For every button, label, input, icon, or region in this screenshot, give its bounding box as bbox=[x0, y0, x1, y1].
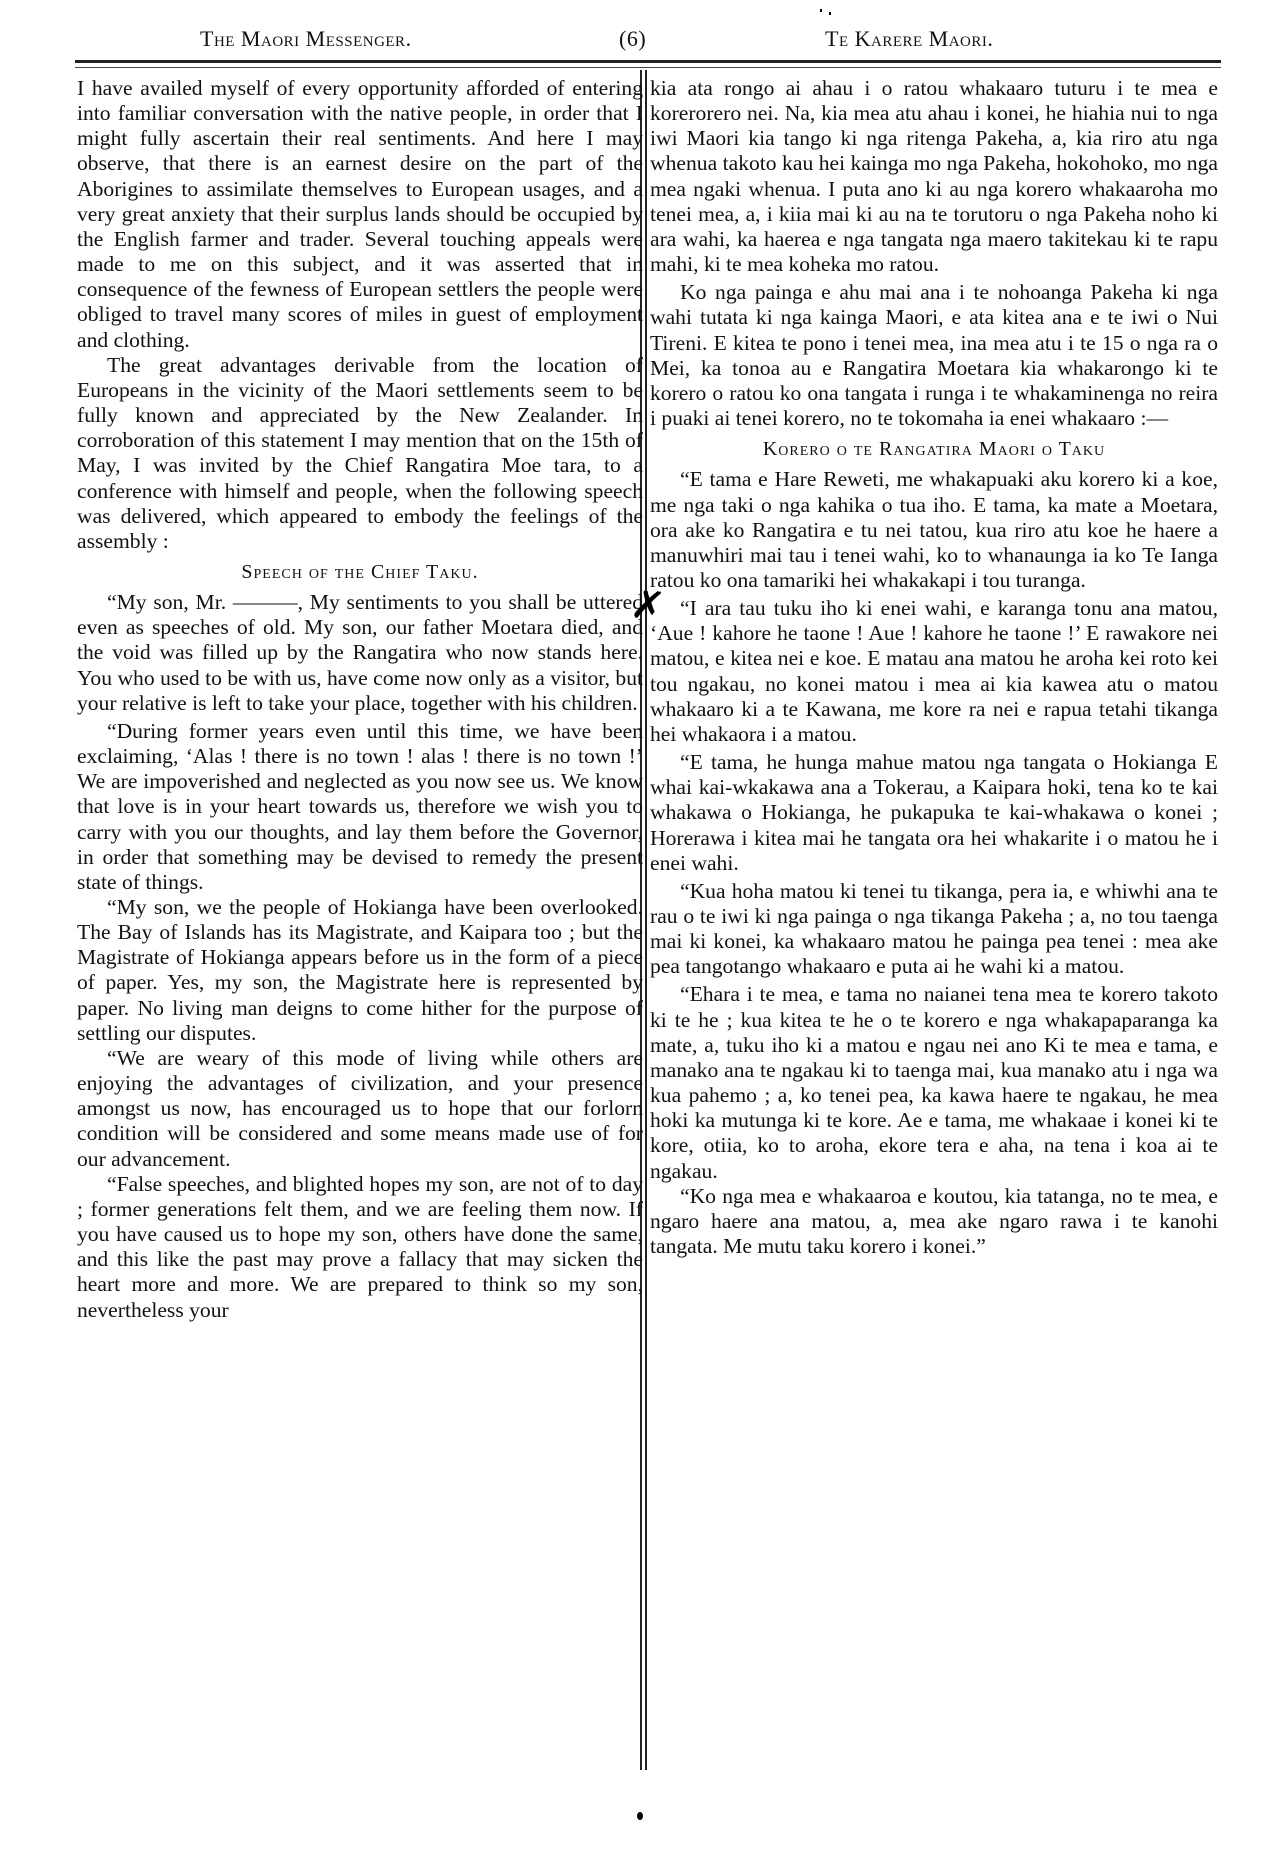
masthead: The Maori Messenger. (6) Te Karere Maori… bbox=[0, 26, 1280, 56]
english-speech-paragraph: “My son, Mr. ———, My sentiments to you s… bbox=[77, 590, 643, 716]
english-speech-paragraph: “We are weary of this mode of living whi… bbox=[77, 1046, 643, 1172]
page-number: (6) bbox=[619, 26, 646, 52]
maori-paragraph: kia ata rongo ai ahau i o ratou whakaaro… bbox=[650, 76, 1218, 277]
header-rule bbox=[75, 60, 1221, 63]
header-rule-secondary bbox=[75, 67, 1221, 68]
maori-speech-heading: Korero o te Rangatira Maori o Taku bbox=[650, 437, 1218, 462]
english-speech-paragraph: “False speeches, and blighted hopes my s… bbox=[77, 1172, 643, 1323]
column-divider-right bbox=[645, 70, 647, 1770]
footer-dot bbox=[637, 1812, 643, 1820]
print-speck bbox=[829, 12, 831, 15]
maori-speech-paragraph: “Kua hoha matou ki tenei tu tikanga, per… bbox=[650, 879, 1218, 980]
maori-speech-paragraph: “E tama e Hare Reweti, me whakapuaki aku… bbox=[650, 467, 1218, 593]
maori-speech-paragraph: “E tama, he hunga mahue matou nga tangat… bbox=[650, 750, 1218, 876]
english-column: I have availed myself of every opportuni… bbox=[77, 76, 643, 1323]
print-speck bbox=[820, 9, 822, 12]
masthead-english-title: The Maori Messenger. bbox=[200, 26, 412, 52]
maori-speech-paragraph: “I ara tau tuku iho ki enei wahi, e kara… bbox=[650, 596, 1218, 747]
english-paragraph: The great advantages derivable from the … bbox=[77, 353, 643, 554]
margin-x-mark-icon: ✗ bbox=[628, 581, 668, 631]
english-speech-paragraph: “During former years even until this tim… bbox=[77, 719, 643, 895]
maori-speech-paragraph: “Ehara i te mea, e tama no naianei tena … bbox=[650, 982, 1218, 1183]
english-paragraph: I have availed myself of every opportuni… bbox=[77, 76, 643, 353]
maori-speech-paragraph: “Ko nga mea e whakaaroa e koutou, kia ta… bbox=[650, 1184, 1218, 1259]
masthead-maori-title: Te Karere Maori. bbox=[825, 26, 993, 52]
maori-column: kia ata rongo ai ahau i o ratou whakaaro… bbox=[650, 76, 1218, 1259]
english-speech-heading: Speech of the Chief Taku. bbox=[77, 560, 643, 585]
maori-paragraph: Ko nga painga e ahu mai ana i te nohoang… bbox=[650, 280, 1218, 431]
english-speech-paragraph: “My son, we the people of Hokianga have … bbox=[77, 895, 643, 1046]
